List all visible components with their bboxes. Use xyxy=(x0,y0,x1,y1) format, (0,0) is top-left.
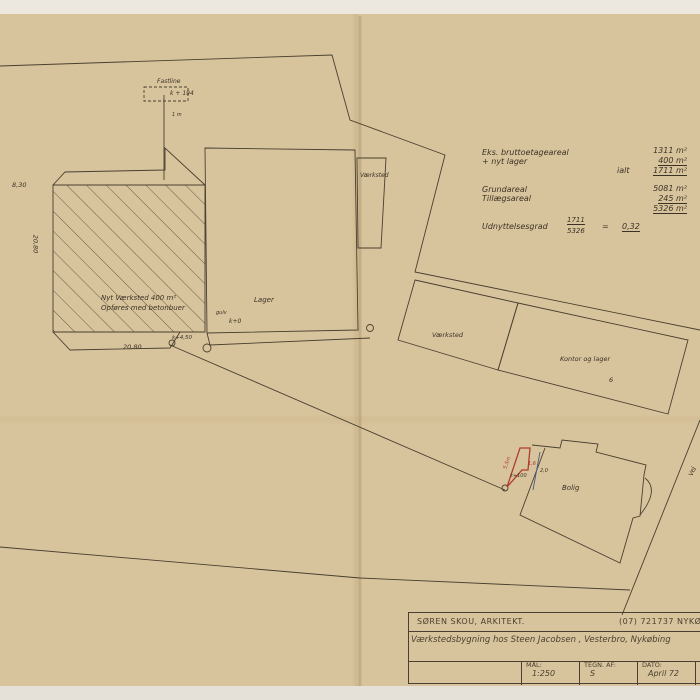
level-mark: k+4,50 xyxy=(172,335,192,341)
bolig-dim-level: k+100 xyxy=(510,473,527,479)
lager-label: Lager xyxy=(254,296,274,304)
additional-area-label: Tillægsareal xyxy=(482,194,531,203)
scale-cell: MÅL: 1:250 xyxy=(521,661,579,685)
dimension-850: 8,30 xyxy=(12,181,26,189)
date-value: April 72 xyxy=(642,669,695,678)
office-storage-number: 6 xyxy=(609,376,613,384)
bolig-dim-a: 1,6 xyxy=(528,461,536,467)
workshop-lower xyxy=(398,280,518,370)
fastline-level: k + 194 xyxy=(170,90,194,97)
office-storage-label: Kontor og lager xyxy=(560,355,610,363)
new-workshop-label: Nyt Værksted 400 m² xyxy=(101,294,176,302)
drawn-by-cell: TEGN. AF: S xyxy=(579,661,637,685)
new-storage-value: 400 m² xyxy=(658,156,687,166)
drawn-by-value: S xyxy=(584,669,637,678)
utilization-label: Udnyttelsesgrad xyxy=(482,222,548,231)
scale-value: 1:250 xyxy=(526,669,579,678)
floor-level: k+0 xyxy=(229,318,241,325)
utilization-numerator: 1711 xyxy=(567,216,585,225)
new-workshop-note: Opføres med betonbuer xyxy=(101,304,185,312)
plot-boundary-bottom xyxy=(0,547,630,590)
drawn-by-label: TEGN. AF: xyxy=(584,661,616,669)
lager-building xyxy=(205,148,358,333)
bolig-label: Bolig xyxy=(562,484,579,492)
date-label: DATO: xyxy=(642,661,662,669)
existing-floor-area-label: Eks. bruttoetageareal xyxy=(482,148,569,157)
area-sum-value: 5326 m² xyxy=(653,204,687,214)
dimension-2080-vertical: 20,80 xyxy=(31,235,39,254)
total-value: 1711 m² xyxy=(653,166,687,176)
additional-area-value: 245 m² xyxy=(658,194,687,204)
extra-cell: T xyxy=(695,661,700,685)
ground-area-label: Grundareal xyxy=(482,185,527,194)
floor-label: gulv xyxy=(216,310,227,316)
workshop-upper-label: Værksted xyxy=(360,172,389,179)
bolig-dim-b: 2,0 xyxy=(540,468,548,474)
project-title: Værkstedsbygning hos Steen Jacobsen , Ve… xyxy=(411,635,671,645)
fastline-label: Fastline xyxy=(157,78,180,85)
existing-floor-area-value: 1311 m² xyxy=(653,146,687,155)
title-block: SØREN SKOU, ARKITEKT. (07) 721737 NYKØ V… xyxy=(408,612,700,684)
bolig-extension-red xyxy=(507,448,530,487)
site-plan-drawing xyxy=(0,0,700,700)
new-storage-label: + nyt lager xyxy=(482,157,527,166)
utilization-equals: = xyxy=(602,222,609,231)
utilization-value: 0,32 xyxy=(622,222,640,232)
scale-label: MÅL: xyxy=(526,661,542,669)
ground-area-value: 5081 m² xyxy=(653,184,687,193)
dimension-2080-horizontal: 20,80 xyxy=(123,343,142,351)
date-cell: DATO: April 72 xyxy=(637,661,695,685)
architect-name: SØREN SKOU, ARKITEKT. xyxy=(417,617,525,626)
architect-phone: (07) 721737 NYKØ xyxy=(619,617,700,626)
utilization-denominator: 5326 xyxy=(567,227,585,235)
fastline-offset: 1 m xyxy=(172,112,182,118)
workshop-lower-label: Værksted xyxy=(432,331,463,339)
total-label: ialt xyxy=(617,166,629,175)
